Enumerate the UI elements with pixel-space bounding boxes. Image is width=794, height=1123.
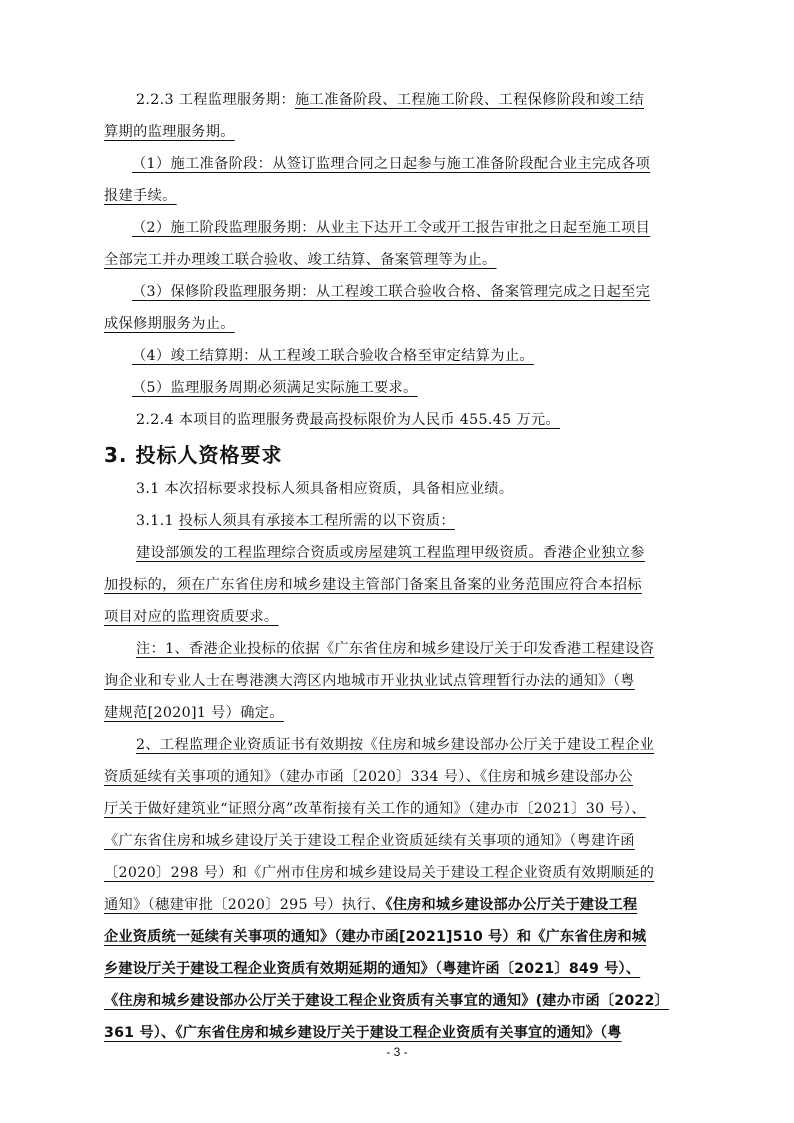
text-line: 项目对应的监理资质要求。 xyxy=(104,605,278,629)
text-line: 2、工程监理企业资质证书有效期按《住房和城乡建设部办公厅关于建设工程企业 xyxy=(136,733,654,757)
bold-text-segment: 《住房和城乡建设部办公厅关于建设工程企业资质有关事宜的通知》(建办市函〔2022… xyxy=(104,993,669,1009)
text-segment: （1）施工准备阶段：从签订监理合同之日起参与施工准备阶段配合业主完成各项 xyxy=(132,156,650,172)
text-segment: 资质延续有关事项的通知》（建办市函〔2020〕334 号）、《住房和城乡建设部办… xyxy=(104,769,633,785)
text-line: 3.1 本次招标要求投标人须具备相应资质，具备相应业绩。 xyxy=(136,477,513,501)
bold-text-segment: 乡建设厅关于建设工程企业资质有效期延期的通知》（粤建许函〔2021〕849 号）… xyxy=(104,961,640,977)
text-segment: 询企业和专业人士在粤港澳大湾区内地城市开业执业试点管理暂行办法的通知》（粤 xyxy=(104,673,635,689)
text-segment: 3.1.1 xyxy=(136,513,179,529)
text-segment: 通知》（穗建审批〔2020〕295 号）执行、 xyxy=(104,897,385,913)
text-line: （1）施工准备阶段：从签订监理合同之日起参与施工准备阶段配合业主完成各项 xyxy=(132,152,650,176)
text-segment: 厅关于做好建筑业“证照分离”改革衔接有关工作的通知》（建办市〔2021〕30 号… xyxy=(104,801,646,817)
bold-text-segment: 《住房和城乡建设部办公厅关于建设工程 xyxy=(385,897,637,913)
text-segment: 加投标的，须在广东省住房和城乡建设主管部门备案且备案的业务范围应符合本招标 xyxy=(104,577,642,593)
text-segment: （5）监理服务周期必须满足实际施工要求。 xyxy=(132,380,418,396)
text-line: （5）监理服务周期必须满足实际施工要求。 xyxy=(132,376,418,400)
text-segment: 报建手续。 xyxy=(104,188,177,204)
text-segment: 算期的监理服务期。 xyxy=(104,124,235,140)
text-segment: 建设部颁发的工程监理综合资质或房屋建筑工程监理甲级资质。香港企业独立参 xyxy=(136,545,645,561)
text-line: 通知》（穗建审批〔2020〕295 号）执行、《住房和城乡建设部办公厅关于建设工… xyxy=(104,893,637,917)
text-segment: 项目对应的监理资质要求。 xyxy=(104,609,278,625)
text-line: 《广东省住房和城乡建设厅关于建设工程企业资质延续有关事项的通知》（粤建许函 xyxy=(104,829,635,853)
text-segment: 《广东省住房和城乡建设厅关于建设工程企业资质延续有关事项的通知》（粤建许函 xyxy=(104,833,635,849)
text-line: 企业资质统一延续有关事项的通知》（建办市函[2021]510 号）和《广东省住房… xyxy=(104,925,646,949)
text-line: 资质延续有关事项的通知》（建办市函〔2020〕334 号）、《住房和城乡建设部办… xyxy=(104,765,633,789)
section-heading: 3. 投标人资格要求 xyxy=(104,440,282,470)
text-segment: 全部完工并办理竣工联合验收、竣工结算、备案管理等为止。 xyxy=(104,252,497,268)
text-segment: 建规范[2020]1 号）确定。 xyxy=(104,705,284,721)
text-segment: 2.2.3 工程监理服务期： xyxy=(136,92,295,108)
text-line: （3）保修阶段监理服务期：从工程竣工联合验收合格、备案管理完成之日起至完 xyxy=(132,280,650,304)
text-line: 2.2.4 本项目的监理服务费最高投标限价为人民币 455.45 万元。 xyxy=(136,408,560,432)
text-segment: 成保修期服务为止。 xyxy=(104,316,235,332)
text-segment: 最高投标限价为人民币 455.45 万元。 xyxy=(310,412,560,428)
text-segment: 注：1、香港企业投标的依据《广东省住房和城乡建设厅关于印发香港工程建设咨 xyxy=(136,641,654,657)
text-segment: 3.1 本次招标要求投标人须具备相应资质，具备相应业绩。 xyxy=(136,481,513,497)
text-line: 361 号）、《广东省住房和城乡建设厅关于建设工程企业资质有关事宜的通知》（粤 xyxy=(104,1021,622,1045)
text-segment: （2）施工阶段监理服务期：从业主下达开工令或开工报告审批之日起至施工项目 xyxy=(132,220,650,236)
text-segment: 2.2.4 本项目的监理服务费 xyxy=(136,412,310,428)
text-line: 建设部颁发的工程监理综合资质或房屋建筑工程监理甲级资质。香港企业独立参 xyxy=(136,541,645,565)
bold-text-segment: 361 号）、《广东省住房和城乡建设厅关于建设工程企业资质有关事宜的通知》（粤 xyxy=(104,1025,622,1041)
text-line: 成保修期服务为止。 xyxy=(104,312,235,336)
text-segment: 〔2020〕298 号）和《广州市住房和城乡建设局关于建设工程企业资质有效期顺延… xyxy=(104,865,654,881)
text-line: 算期的监理服务期。 xyxy=(104,120,235,144)
text-line: 建规范[2020]1 号）确定。 xyxy=(104,701,284,725)
text-line: （2）施工阶段监理服务期：从业主下达开工令或开工报告审批之日起至施工项目 xyxy=(132,216,650,240)
text-line: 全部完工并办理竣工联合验收、竣工结算、备案管理等为止。 xyxy=(104,248,497,272)
text-line: 《住房和城乡建设部办公厅关于建设工程企业资质有关事宜的通知》(建办市函〔2022… xyxy=(104,989,669,1013)
text-line: 厅关于做好建筑业“证照分离”改革衔接有关工作的通知》（建办市〔2021〕30 号… xyxy=(104,797,646,821)
text-line: 3.1.1 投标人须具有承接本工程所需的以下资质： xyxy=(136,509,455,533)
text-line: 报建手续。 xyxy=(104,184,177,208)
text-line: 2.2.3 工程监理服务期：施工准备阶段、工程施工阶段、工程保修阶段和竣工结 xyxy=(136,88,644,112)
bold-text-segment: 企业资质统一延续有关事项的通知》（建办市函[2021]510 号）和《广东省住房… xyxy=(104,929,646,945)
text-segment: （3）保修阶段监理服务期：从工程竣工联合验收合格、备案管理完成之日起至完 xyxy=(132,284,650,300)
page-number: - 3 - xyxy=(0,1045,794,1059)
text-segment: （4）竣工结算期：从工程竣工联合验收合格至审定结算为止。 xyxy=(132,348,534,364)
text-line: 乡建设厅关于建设工程企业资质有效期延期的通知》（粤建许函〔2021〕849 号）… xyxy=(104,957,640,981)
text-line: 加投标的，须在广东省住房和城乡建设主管部门备案且备案的业务范围应符合本招标 xyxy=(104,573,642,597)
text-line: （4）竣工结算期：从工程竣工联合验收合格至审定结算为止。 xyxy=(132,344,534,368)
text-line: 询企业和专业人士在粤港澳大湾区内地城市开业执业试点管理暂行办法的通知》（粤 xyxy=(104,669,635,693)
text-line: 注：1、香港企业投标的依据《广东省住房和城乡建设厅关于印发香港工程建设咨 xyxy=(136,637,654,661)
text-segment: 2、工程监理企业资质证书有效期按《住房和城乡建设部办公厅关于建设工程企业 xyxy=(136,737,654,753)
text-segment: 施工准备阶段、工程施工阶段、工程保修阶段和竣工结 xyxy=(295,92,644,108)
text-segment: 投标人须具有承接本工程所需的以下资质： xyxy=(179,513,455,529)
text-line: 〔2020〕298 号）和《广州市住房和城乡建设局关于建设工程企业资质有效期顺延… xyxy=(104,861,654,885)
